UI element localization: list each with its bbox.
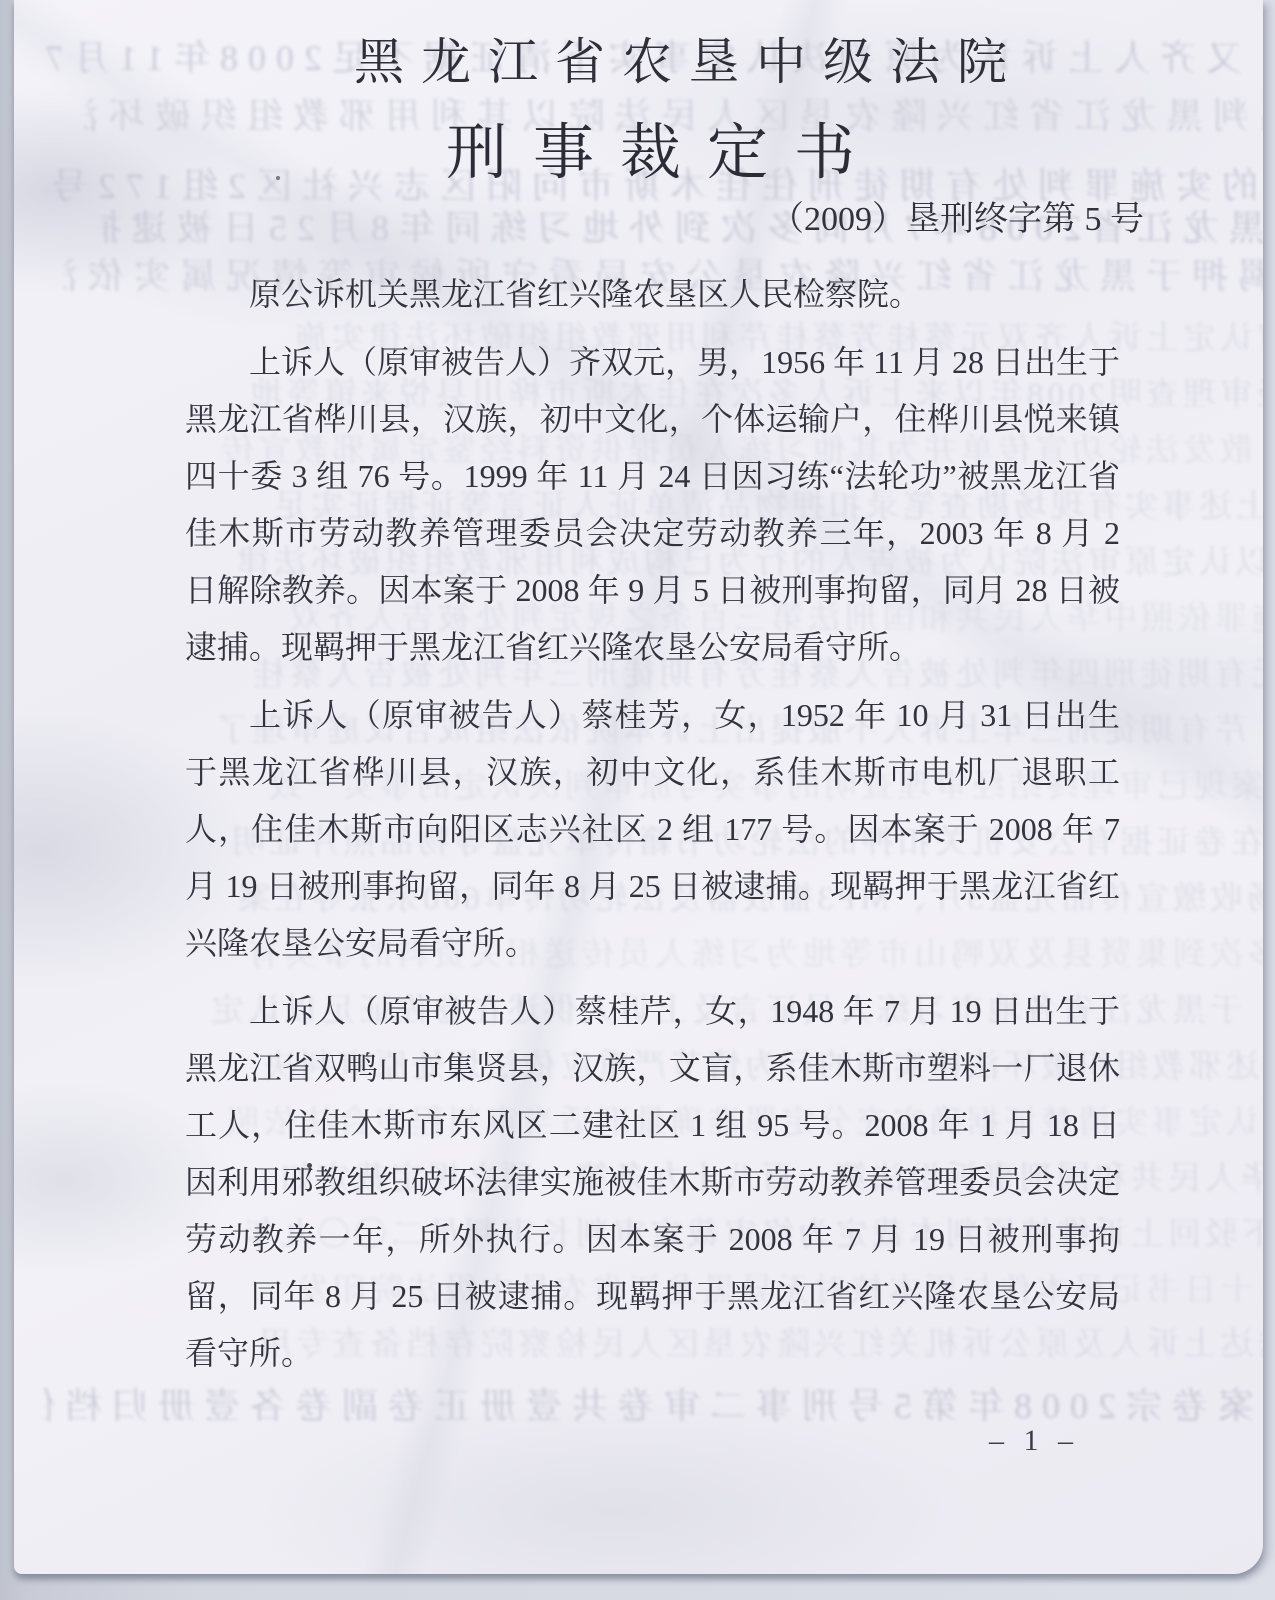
document-body: 原公诉机关黑龙江省红兴隆农垦区人民检察院。 上诉人（原审被告人）齐双元，男，19…: [185, 266, 1120, 1382]
case-number: （2009）垦刑终字第 5 号: [14, 191, 1263, 240]
paragraph-appellant-cai-guiqin: 上诉人（原审被告人）蔡桂芹，女，1948 年 7 月 19 日出生于黑龙江省双鸭…: [185, 983, 1120, 1382]
court-name: 黑龙江省农垦中级法院: [56, 22, 1263, 94]
dust-speck: [276, 176, 280, 180]
bleedthrough-text-line: 案卷宗2008年第5号刑事二审卷共壹册正卷副卷各壹册归档保存: [44, 1378, 1254, 1429]
document-header: 黑龙江省农垦中级法院 刑事裁定书 （2009）垦刑终字第 5 号: [14, 0, 1263, 240]
paragraph-appellant-qi-shuangyuan: 上诉人（原审被告人）齐双元，男，1956 年 11 月 28 日出生于黑龙江省桦…: [185, 334, 1120, 676]
paragraph-prosecution-organ: 原公诉机关黑龙江省红兴隆农垦区人民检察院。: [185, 266, 1120, 323]
dust-speck: [307, 1163, 312, 1168]
scanned-page-background: { "header": { "court_name": "黑龙江省农垦中级法院"…: [0, 0, 1275, 1600]
document-page: 又齐人上诉认为原判决认定事实不清证据不足2008年11月7日提出出判黑龙江省红兴…: [14, 0, 1263, 1574]
document-title: 刑事裁定书: [26, 104, 1263, 191]
page-number: – 1 –: [989, 1424, 1079, 1458]
paragraph-appellant-cai-guifang: 上诉人（原审被告人）蔡桂芳，女，1952 年 10 月 31 日出生于黑龙江省桦…: [185, 687, 1120, 972]
